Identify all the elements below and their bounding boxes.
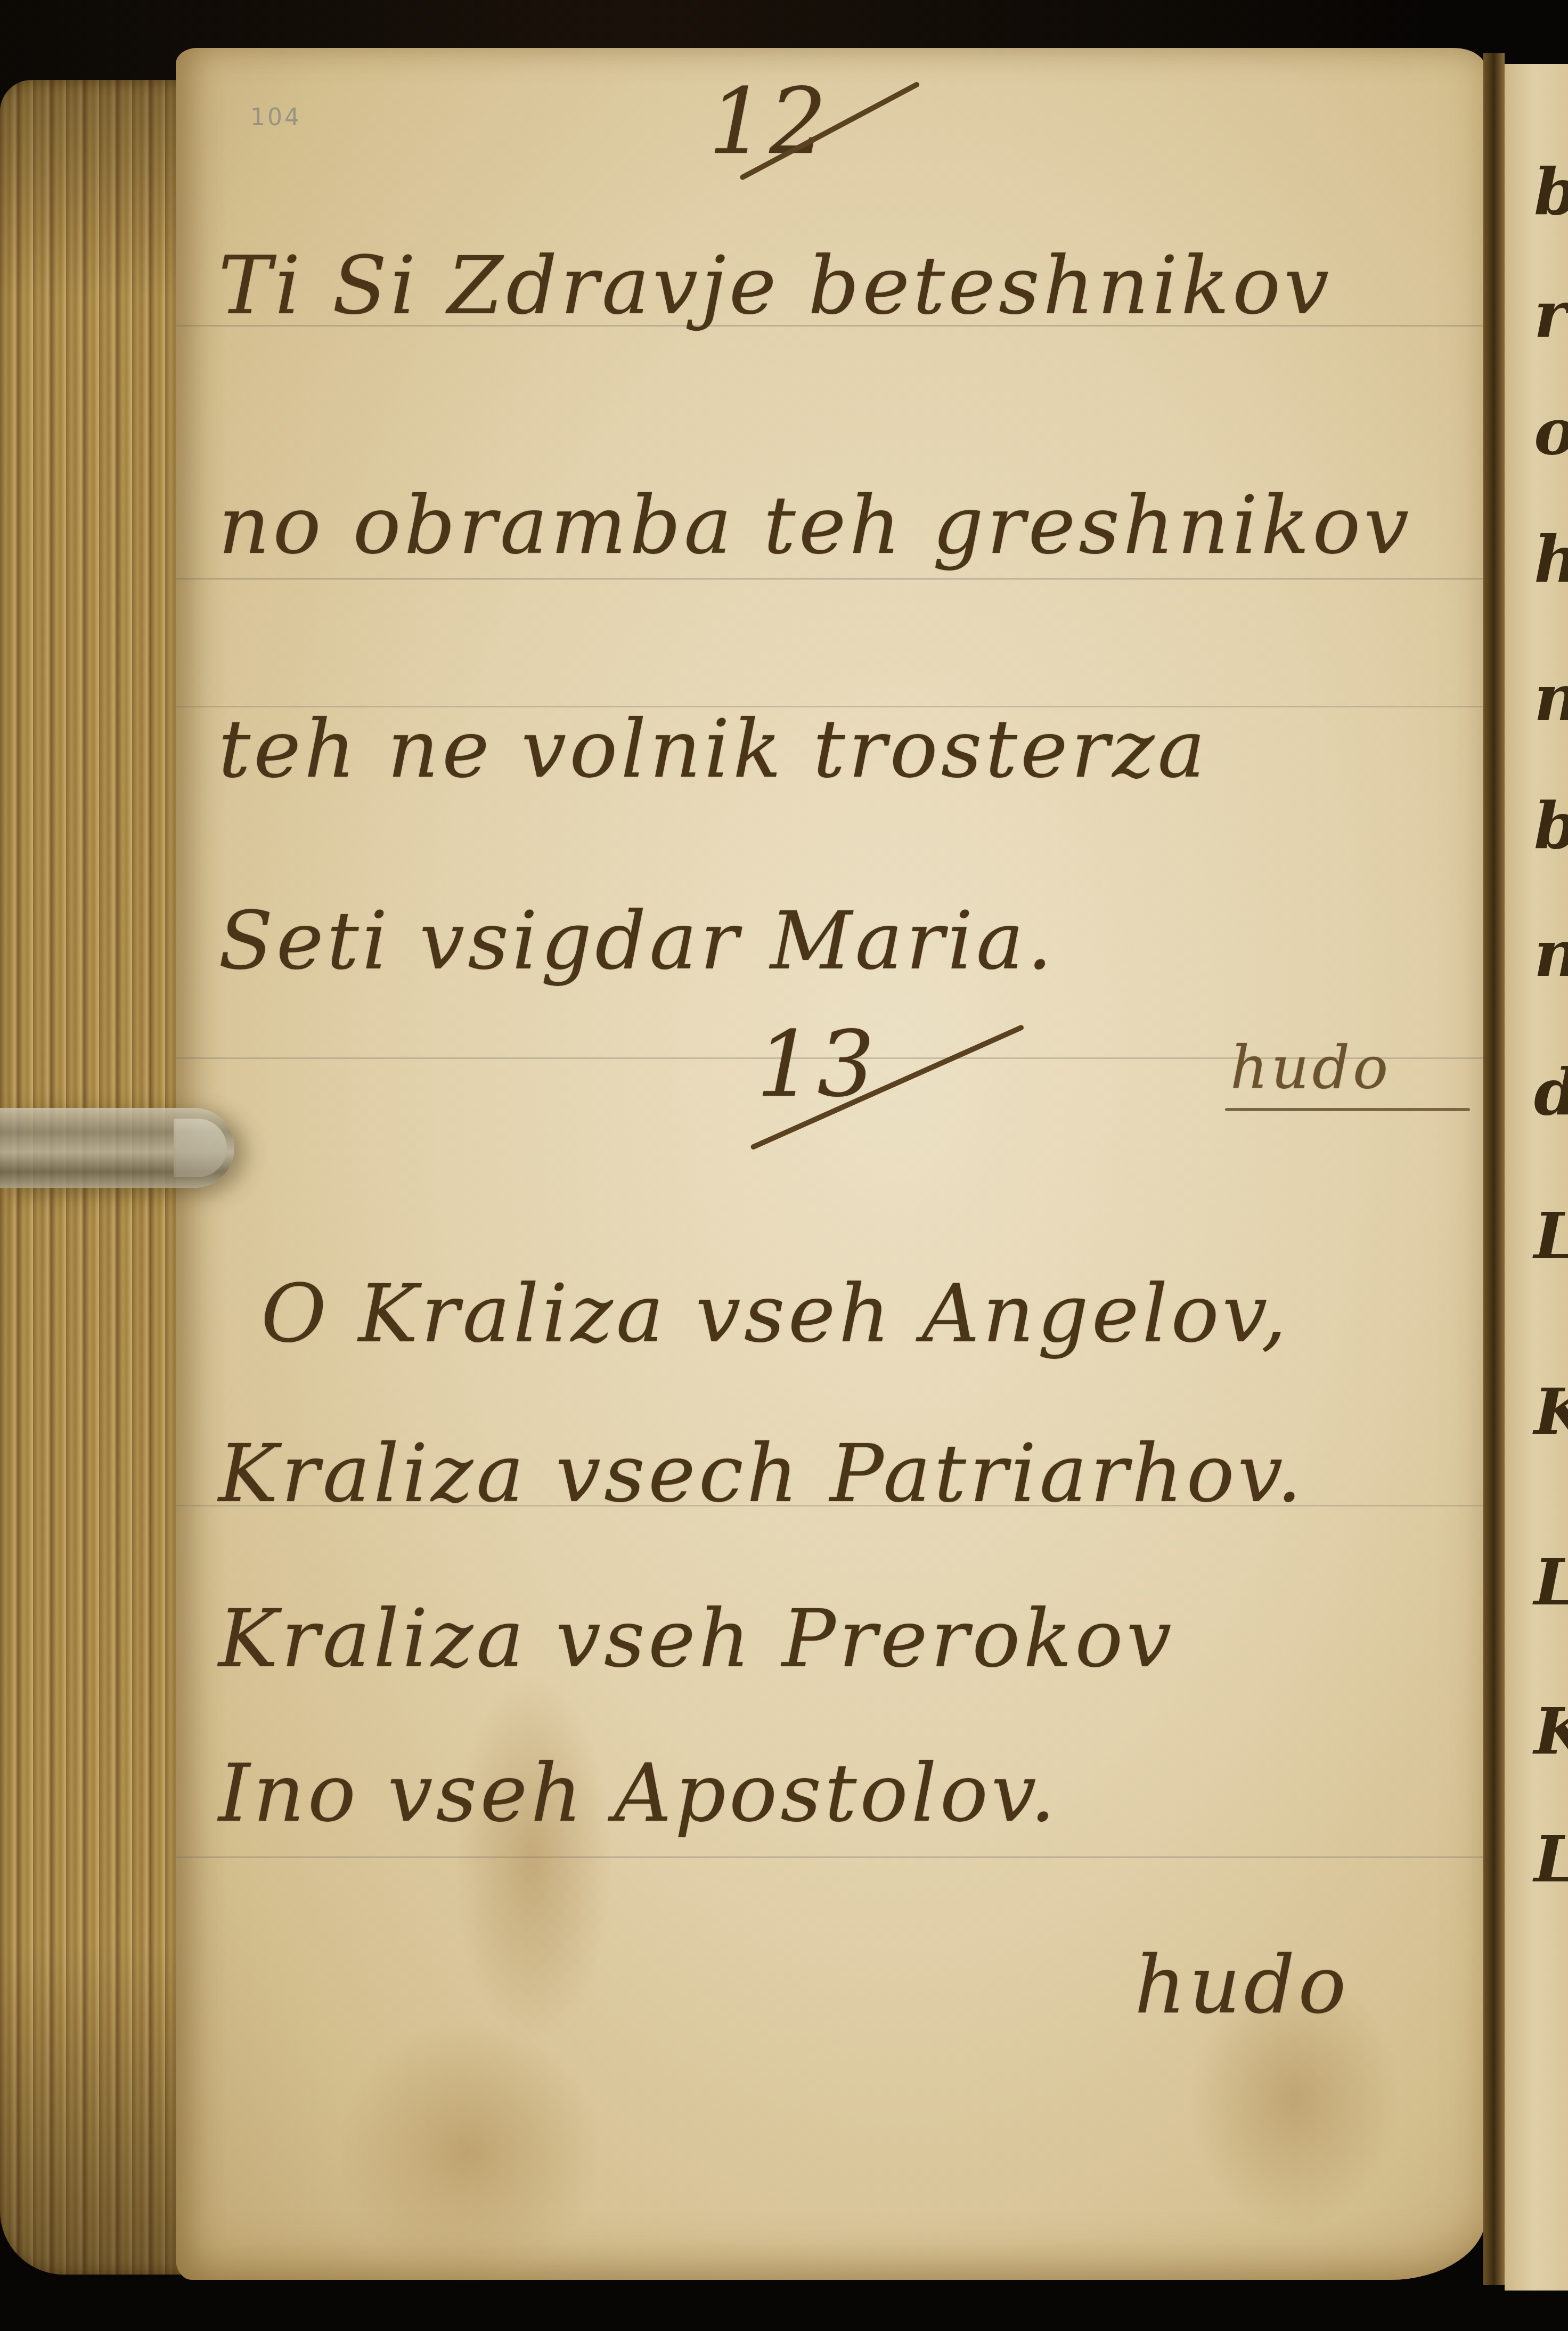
page-number: 104: [250, 104, 301, 131]
facing-text-fragment: d: [1534, 1055, 1568, 1130]
facing-text-fragment: L: [1534, 1822, 1568, 1897]
facing-text-fragment: K: [1534, 1694, 1568, 1769]
text-line: Ino vseh Apostolov.: [218, 1747, 1059, 1840]
facing-text-fragment: K: [1534, 1374, 1568, 1449]
facing-text-fragment: n: [1534, 916, 1568, 991]
text-line: Seti vsigdar Maria.: [218, 895, 1056, 988]
text-line: no obramba teh greshnikov: [218, 479, 1412, 572]
facing-text-fragment: b: [1534, 154, 1568, 230]
rubric-response: hudo: [1230, 1033, 1391, 1102]
water-stain: [336, 2019, 602, 2285]
section-number: 12: [708, 69, 830, 175]
text-line: O Kraliza vseh Angelov,: [261, 1268, 1289, 1360]
facing-text-fragment: n: [1534, 661, 1568, 736]
text-line: teh ne volnik trosterza: [218, 703, 1208, 796]
facing-text-fragment: r: [1534, 277, 1567, 352]
closing-rubric-response: hudo: [1134, 1939, 1350, 2032]
facing-text-fragment: o: [1534, 394, 1568, 469]
book-gutter: [1483, 53, 1505, 2285]
facing-text-fragment: L: [1534, 1545, 1568, 1620]
facing-text-fragment: h: [1534, 522, 1568, 597]
water-stain: [453, 1673, 612, 2045]
facing-text-fragment: L: [1534, 1199, 1568, 1274]
facing-text-fragment: b: [1534, 788, 1568, 863]
text-line: Kraliza vsech Patriarhov.: [218, 1428, 1305, 1520]
rubric-underline: [1225, 1108, 1470, 1111]
text-line: Kraliza vseh Prerokov: [218, 1593, 1174, 1685]
glass-rod-page-clip: [0, 1108, 234, 1188]
text-line: Ti Si Zdravje beteshnikov: [218, 240, 1332, 332]
